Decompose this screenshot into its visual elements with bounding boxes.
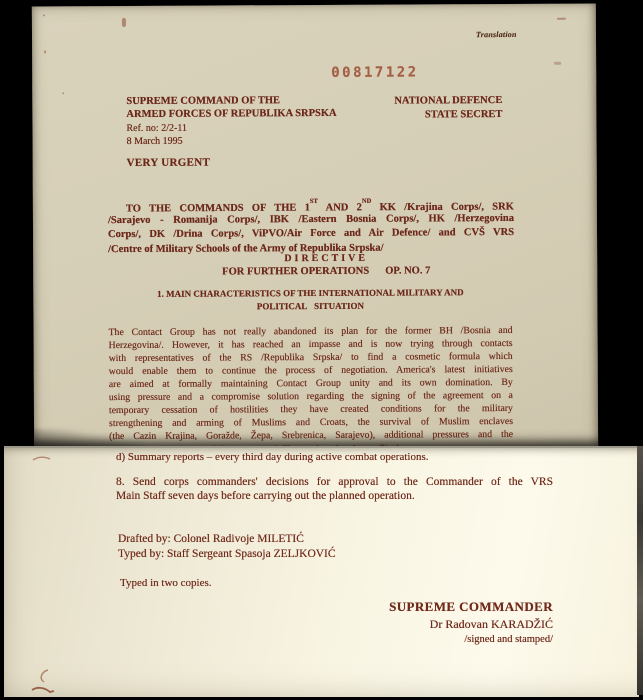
signature-note: /signed and stamped/ [389, 634, 553, 645]
scan-edge-strip [637, 446, 643, 695]
section-heading-line1: 1. MAIN CHARACTERISTICS OF THE INTERNATI… [108, 287, 512, 299]
classification-line2: STATE SECRET [286, 108, 502, 123]
body-paragraph: The Contact Group has not really abandon… [109, 324, 514, 449]
superscript-nd: ND [362, 197, 371, 204]
typed-by-line: Typed by: Staff Sergeant Spasoja ZELJKOV… [118, 548, 336, 560]
signature-block: SUPREME COMMANDER Dr Radovan KARADŽIĆ /s… [389, 599, 553, 645]
copies-note: Typed in two copies. [120, 577, 212, 589]
classification-block: NATIONAL DEFENCE STATE SECRET [286, 94, 502, 122]
body-line: (the Cazin Krajina, Goražde, Žepa, Srebr… [109, 428, 513, 443]
pen-mark [28, 664, 62, 697]
superscript-st: ST [310, 197, 318, 204]
pen-mark [32, 454, 52, 462]
classification-line1: NATIONAL DEFENCE [286, 94, 502, 109]
operation-number: OP. NO. 7 [385, 265, 430, 276]
item-8-line2: Main Staff seven days before carrying ou… [116, 490, 415, 502]
scan-speck [44, 50, 46, 53]
addressee-line: Corps/, DK /Drina Corps/, ViPVO/Air Forc… [108, 226, 514, 241]
section-heading-line2: POLITICAL SITUATION [108, 300, 512, 312]
directive-subtitle: FOR FURTHER OPERATIONSOP. NO. 7 [108, 265, 544, 278]
signature-title: SUPREME COMMANDER [389, 599, 553, 615]
translation-label: Translation [476, 30, 517, 39]
document-date: 8 March 1995 [127, 136, 183, 147]
reference-number: Ref. no: 2/2-11 [126, 123, 187, 134]
summary-report-item: d) Summary reports – every third day dur… [116, 451, 429, 463]
drafted-by-line: Drafted by: Colonel Radivoje MILETIĆ [118, 533, 304, 545]
document-page-2: d) Summary reports – every third day dur… [4, 446, 639, 697]
scan-speck [62, 92, 64, 94]
urgency-label: VERY URGENT [127, 157, 211, 169]
org-name-line1: SUPREME COMMAND OF THE [126, 95, 280, 107]
document-page-1: Translation 00817122 SUPREME COMMAND OF … [32, 4, 598, 450]
scan-background: Translation 00817122 SUPREME COMMAND OF … [0, 0, 643, 700]
addressee-line: TO THE COMMANDS OF THE 1ST AND 2ND KK /K… [108, 197, 514, 212]
scan-speck [554, 62, 561, 65]
item-8-line1: 8. Send corps commanders' decisions for … [116, 475, 553, 489]
scan-speck [43, 14, 45, 16]
directive-title: DIRECTIVE [108, 252, 544, 265]
signature-name: Dr Radovan KARADŽIĆ [389, 617, 553, 632]
scan-speck [122, 18, 126, 27]
addressee-line: /Sarajevo - Romanija Corps/, IBK /Easter… [108, 212, 514, 227]
scan-speck [557, 18, 566, 20]
registry-stamp-number: 00817122 [331, 64, 419, 80]
